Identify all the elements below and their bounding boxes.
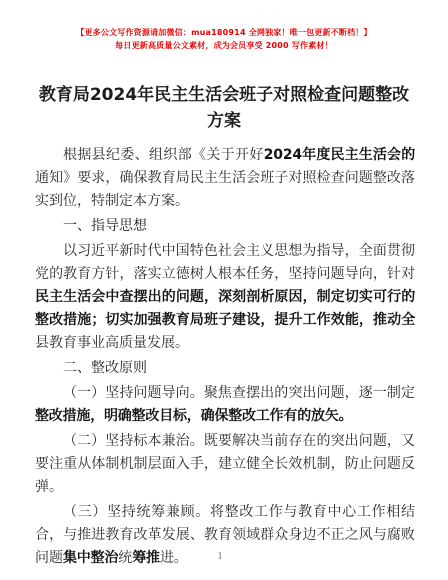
paragraph: （二）坚持标本兼治。既要解决当前存在的突出问题，又要注重从体制机制层面入手，建立… — [35, 430, 415, 499]
text-segment: 以习近平新时代中国特色社会主义思想为指导，全面贯彻党的教育方针，落实立德树人根本… — [35, 244, 415, 282]
text-segment: 二、整改原则 — [63, 361, 147, 376]
section-heading: 一、指导思想 — [35, 215, 415, 238]
text-segment: 根据县纪委、组织部《关于开好 — [63, 148, 264, 163]
document-body: 根据县纪委、组织部《关于开好2024年度民主生活会的通知》要求，确保教育局民主生… — [35, 144, 415, 570]
text-segment: （二）坚持标本兼治。既要解决当前存在的突出问题，又要注重从体制机制层面入手，建立… — [35, 434, 415, 495]
text-segment: 一、指导思想 — [63, 219, 147, 234]
section-heading: 二、整改原则 — [35, 357, 415, 380]
document-title: 教育局2024年民主生活会班子对照检查问题整改方案 — [38, 82, 410, 134]
paragraph: （一）坚持问题导向。聚焦查摆出的突出问题，逐一制定整改措施，明确整改目标，确保整… — [35, 382, 415, 428]
text-segment: 通知》要求，确保教育局民主生活会班子对照检查问题整改落实到位，特制定本方案。 — [35, 171, 415, 209]
paragraph: 以习近平新时代中国特色社会主义思想为指导，全面贯彻党的教育方针，落实立德树人根本… — [35, 240, 415, 355]
bold-text-segment: 整改措施，明确整改目标，确保整改工作有的放矢。 — [35, 408, 352, 424]
bold-text-segment: 2024年度民主生活会的 — [264, 147, 415, 163]
document-page: 【更多公文写作资源请加微信：mua180914 全网独家！唯一包更新不断档！】 … — [0, 0, 448, 580]
watermark-line-1: 【更多公文写作资源请加微信：mua180914 全网独家！唯一包更新不断档！】 — [0, 26, 448, 39]
text-segment: （一）坚持问题导向。聚焦查摆出的突出问题，逐一制定 — [63, 386, 415, 401]
watermark: 【更多公文写作资源请加微信：mua180914 全网独家！唯一包更新不断档！】 … — [0, 26, 448, 52]
paragraph: 根据县纪委、组织部《关于开好2024年度民主生活会的通知》要求，确保教育局民主生… — [35, 144, 415, 213]
watermark-line-2: 每日更新高质量公文素材，成为会员享受 2000 写作素材！ — [0, 39, 448, 52]
bold-text-segment: 民主生活会中查摆出的问题，深刻剖析原因，制定切实可行的整改措施；切实加强教育局班… — [35, 289, 415, 328]
page-number: 1 — [0, 550, 440, 562]
text-segment: 县教育事业高质量发展。 — [35, 336, 189, 351]
